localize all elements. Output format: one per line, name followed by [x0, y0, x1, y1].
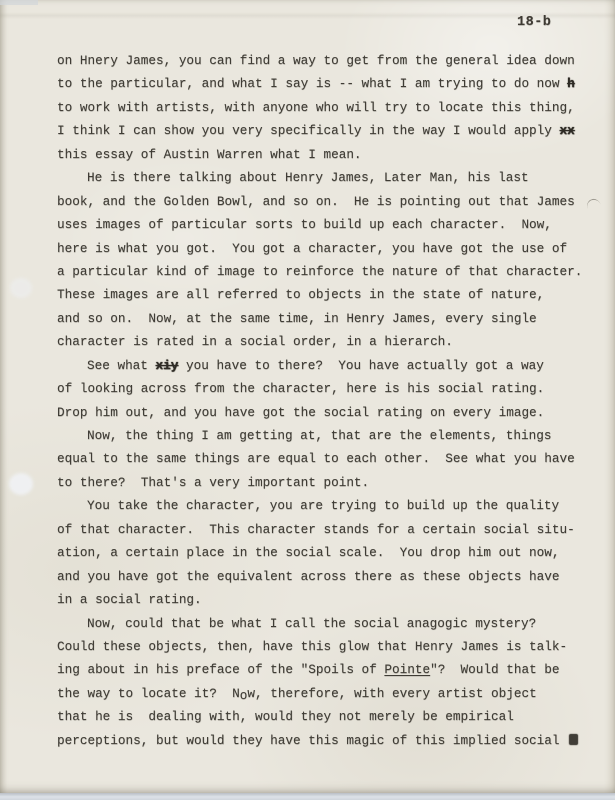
text-run: w, therefore, with every artist object	[247, 686, 536, 701]
typescript-page: 18-b on Hnery James, you can find a way …	[0, 0, 615, 793]
text-run: book, and the Golden Bowl, and so on. He…	[57, 194, 575, 209]
typescript-line: Now, the thing I am getting at, that are…	[57, 424, 592, 447]
typescript-line: of looking across from the character, he…	[57, 377, 592, 400]
strike-text: h	[567, 76, 575, 91]
typescript-line: equal to the same things are equal to ea…	[57, 447, 592, 470]
text-run: equal to the same things are equal to ea…	[57, 451, 575, 466]
text-run: to there? That's a very important point.	[57, 475, 369, 490]
typescript-line: These images are all referred to objects…	[57, 283, 592, 306]
text-run: uses images of particular sorts to build…	[57, 217, 552, 232]
text-run: Now, could that be what I call the socia…	[87, 616, 536, 631]
typescript-line: and you have got the equivalent across t…	[57, 565, 592, 588]
typescript-line: perceptions, but would they have this ma…	[57, 729, 592, 752]
text-run: of that character. This character stands…	[57, 522, 575, 537]
strike-text: xiy	[156, 358, 179, 373]
typescript-line: Now, could that be what I call the socia…	[57, 612, 592, 635]
typescript-line: ing about in his preface of the "Spoils …	[57, 658, 592, 681]
underline-text: Pointe	[384, 662, 430, 677]
text-run: character is rated in a social order, in…	[57, 334, 453, 349]
text-run: to work with artists, with anyone who wi…	[57, 100, 575, 115]
text-run: ation, a certain place in the social sca…	[57, 545, 560, 560]
text-run: He is there talking about Henry James, L…	[87, 170, 529, 185]
text-run: Could these objects, then, have this glo…	[57, 639, 567, 654]
typescript-line: to work with artists, with anyone who wi…	[57, 96, 592, 119]
text-run: See what	[87, 358, 156, 373]
scan-edge-artifact	[0, 0, 38, 5]
text-run: Now, the thing I am getting at, that are…	[87, 428, 551, 443]
typescript-line: on Hnery James, you can find a way to ge…	[57, 49, 592, 72]
typescript-line: You take the character, you are trying t…	[57, 494, 592, 517]
text-run: here is what you got. You got a characte…	[57, 241, 567, 256]
typescript-line: a particular kind of image to reinforce …	[57, 260, 592, 283]
typescript-line: to there? That's a very important point.	[57, 471, 592, 494]
text-run: and so on. Now, at the same time, in Hen…	[57, 311, 537, 326]
typescript-line: He is there talking about Henry James, L…	[57, 166, 592, 189]
text-run: You take the character, you are trying t…	[87, 498, 559, 513]
typescript-line: the way to locate it? Now, therefore, wi…	[57, 682, 592, 705]
text-run: These images are all referred to objects…	[57, 287, 544, 302]
typescript-line: and so on. Now, at the same time, in Hen…	[57, 307, 592, 330]
text-run: that he is dealing with, would they not …	[57, 709, 514, 724]
scan-edge-bottom	[0, 793, 615, 800]
typescript-line: See what xiy you have to there? You have…	[57, 354, 592, 377]
punch-hole-bottom	[9, 473, 33, 495]
typescript-line: in a social rating.	[57, 588, 592, 611]
punch-hole-top	[10, 278, 32, 298]
text-run: a particular kind of image to reinforce …	[57, 264, 582, 279]
typescript-line: to the particular, and what I say is -- …	[57, 72, 592, 95]
sub-text: o	[240, 688, 248, 703]
text-run: "? Would that be	[430, 662, 559, 677]
text-run: in a social rating.	[57, 592, 202, 607]
typescript-line: Could these objects, then, have this glo…	[57, 635, 592, 658]
typescript-line: ation, a certain place in the social sca…	[57, 541, 592, 564]
typescript-line: that he is dealing with, would they not …	[57, 705, 592, 728]
typescript-line: here is what you got. You got a characte…	[57, 237, 592, 260]
typescript-line: of that character. This character stands…	[57, 518, 592, 541]
typescript-line: Drop him out, and you have got the socia…	[57, 401, 592, 424]
text-run: ing about in his preface of the "Spoils …	[57, 662, 384, 677]
typescript-line: book, and the Golden Bowl, and so on. He…	[57, 190, 592, 213]
strike-text: xx	[560, 123, 575, 138]
text-run: to the particular, and what I say is -- …	[57, 76, 567, 91]
text-run: Drop him out, and you have got the socia…	[57, 405, 544, 420]
typescript-body: on Hnery James, you can find a way to ge…	[57, 49, 592, 752]
typescript-line: uses images of particular sorts to build…	[57, 213, 592, 236]
page-number: 18-b	[517, 15, 551, 30]
typescript-line: character is rated in a social order, in…	[57, 330, 592, 353]
ink-blot	[569, 734, 578, 745]
text-run: the way to locate it? N	[57, 686, 240, 701]
typescript-line: this essay of Austin Warren what I mean.	[57, 143, 592, 166]
text-run: perceptions, but would they have this ma…	[57, 733, 567, 748]
text-run: and you have got the equivalent across t…	[57, 569, 560, 584]
text-run: of looking across from the character, he…	[57, 381, 544, 396]
text-run: I think I can show you very specifically…	[57, 123, 560, 138]
typescript-line: I think I can show you very specifically…	[57, 119, 592, 142]
text-run: you have to there? You have actually got…	[178, 358, 543, 373]
text-run: this essay of Austin Warren what I mean.	[57, 147, 362, 162]
text-run: on Hnery James, you can find a way to ge…	[57, 53, 575, 68]
